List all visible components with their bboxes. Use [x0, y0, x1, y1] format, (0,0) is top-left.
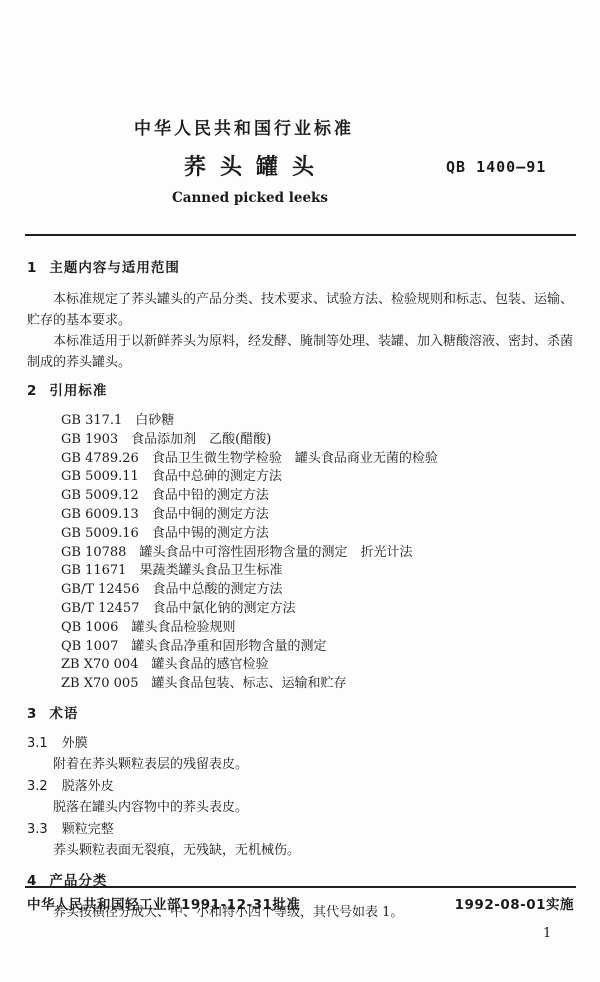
- section-number: 3: [27, 706, 36, 722]
- section-heading-classification: 4产品分类: [27, 871, 577, 892]
- reference-code: GB 1903: [61, 431, 118, 450]
- section-number: 1: [27, 260, 36, 276]
- reference-item: GB 5009.11食品中总砷的测定方法: [61, 468, 577, 487]
- implementation-note: 1992-08-01实施: [455, 893, 574, 913]
- reference-title: 果蔬类罐头食品卫生标准: [139, 563, 282, 578]
- reference-code: GB 5009.16: [61, 525, 139, 544]
- reference-title: 罐头食品检验规则: [131, 620, 235, 635]
- header-rule: [25, 234, 576, 236]
- reference-title: 食品中总酸的测定方法: [152, 582, 282, 597]
- reference-code: QB 1006: [61, 619, 118, 638]
- page-number: 1: [543, 926, 551, 941]
- reference-title: 食品中锡的测定方法: [152, 526, 269, 541]
- reference-item: GB 5009.12食品中铅的测定方法: [61, 487, 577, 506]
- reference-item: GB/T 12457食品中氯化钠的测定方法: [61, 600, 577, 619]
- reference-item: GB 317.1白砂糖: [61, 412, 577, 431]
- term-line: 3.3颗粒完整: [27, 819, 577, 841]
- document-body: 1主题内容与适用范围 本标准规定了荞头罐头的产品分类、技术要求、试验方法、检验规…: [27, 246, 577, 923]
- reference-item: GB 6009.13食品中铜的测定方法: [61, 506, 577, 525]
- footer-rule: [25, 886, 576, 888]
- section-heading-text: 引用标准: [49, 383, 107, 399]
- reference-item: GB 4789.26食品卫生微生物学检验 罐头食品商业无菌的检验: [61, 450, 577, 469]
- term-line: 3.1外膜: [27, 733, 577, 755]
- reference-item: GB 5009.16食品中锡的测定方法: [61, 525, 577, 544]
- term-item: 3.2脱落外皮 脱落在罐头内容物中的荞头表皮。: [27, 776, 577, 819]
- reference-code: GB 5009.11: [61, 468, 139, 487]
- footer: 中华人民共和国轻工业部1991-12-31批准 1992-08-01实施: [27, 893, 574, 913]
- reference-item: GB 11671果蔬类罐头食品卫生标准: [61, 562, 577, 581]
- reference-code: GB/T 12457: [61, 600, 139, 619]
- approval-note: 中华人民共和国轻工业部1991-12-31批准: [27, 893, 300, 913]
- reference-title: 食品中氯化钠的测定方法: [152, 601, 295, 616]
- reference-code: QB 1007: [61, 638, 118, 657]
- reference-item: QB 1007罐头食品净重和固形物含量的测定: [61, 638, 577, 657]
- section-heading-references: 2引用标准: [27, 381, 577, 402]
- reference-code: GB 11671: [61, 562, 126, 581]
- term-item: 3.1外膜 附着在荞头颗粒表层的残留表皮。: [27, 733, 577, 776]
- term-definition: 荞头颗粒表面无裂痕，无残缺，无机械伤。: [27, 840, 577, 862]
- term-number: 3.1: [27, 736, 48, 751]
- reference-code: GB 10788: [61, 544, 126, 563]
- reference-item: GB 10788罐头食品中可溶性固形物含量的测定 折光计法: [61, 544, 577, 563]
- term-line: 3.2脱落外皮: [27, 776, 577, 798]
- term-name: 外膜: [62, 736, 88, 751]
- terms-list: 3.1外膜 附着在荞头颗粒表层的残留表皮。 3.2脱落外皮 脱落在罐头内容物中的…: [27, 733, 577, 862]
- section-heading-text: 主题内容与适用范围: [49, 260, 180, 276]
- term-number: 3.3: [27, 822, 48, 837]
- section-heading-scope: 1主题内容与适用范围: [27, 258, 577, 279]
- reference-item: GB/T 12456食品中总酸的测定方法: [61, 581, 577, 600]
- section-scope-paragraphs: 本标准规定了荞头罐头的产品分类、技术要求、试验方法、检验规则和标志、包装、运输、…: [27, 289, 577, 373]
- reference-item: QB 1006罐头食品检验规则: [61, 619, 577, 638]
- reference-title: 食品添加剂 乙酸(醋酸): [131, 432, 271, 447]
- term-number: 3.2: [27, 779, 48, 794]
- reference-title: 白砂糖: [135, 413, 174, 428]
- reference-title: 罐头食品包装、标志、运输和贮存: [151, 676, 346, 691]
- reference-item: GB 1903食品添加剂 乙酸(醋酸): [61, 431, 577, 450]
- reference-title: 食品中铅的测定方法: [152, 488, 269, 503]
- document-title-en: Canned picked leeks: [172, 190, 328, 206]
- reference-title: 食品中铜的测定方法: [152, 507, 269, 522]
- reference-item: ZB X70 004罐头食品的感官检验: [61, 656, 577, 675]
- reference-title: 食品中总砷的测定方法: [152, 469, 282, 484]
- term-item: 3.3颗粒完整 荞头颗粒表面无裂痕，无残缺，无机械伤。: [27, 819, 577, 862]
- term-definition: 附着在荞头颗粒表层的残留表皮。: [27, 754, 577, 776]
- reference-code: GB 5009.12: [61, 487, 139, 506]
- standard-code: QB 1400—91: [446, 158, 546, 176]
- reference-title: 罐头食品净重和固形物含量的测定: [131, 639, 326, 654]
- reference-title: 食品卫生微生物学检验 罐头食品商业无菌的检验: [152, 451, 438, 466]
- reference-item: ZB X70 005罐头食品包装、标志、运输和贮存: [61, 675, 577, 694]
- term-name: 颗粒完整: [62, 822, 114, 837]
- section-number: 2: [27, 383, 36, 399]
- reference-list: GB 317.1白砂糖 GB 1903食品添加剂 乙酸(醋酸) GB 4789.…: [61, 412, 577, 694]
- section-heading-terms: 3术语: [27, 704, 577, 725]
- standard-type-label: 中华人民共和国行业标准: [134, 114, 354, 139]
- term-name: 脱落外皮: [62, 779, 114, 794]
- reference-title: 罐头食品中可溶性固形物含量的测定 折光计法: [139, 545, 412, 560]
- reference-title: 罐头食品的感官检验: [151, 657, 268, 672]
- reference-code: ZB X70 004: [61, 656, 138, 675]
- document-title-cn: 荞头罐头: [184, 150, 328, 181]
- paragraph: 本标准规定了荞头罐头的产品分类、技术要求、试验方法、检验规则和标志、包装、运输、…: [27, 289, 577, 331]
- term-definition: 脱落在罐头内容物中的荞头表皮。: [27, 797, 577, 819]
- reference-code: ZB X70 005: [61, 675, 138, 694]
- reference-code: GB/T 12456: [61, 581, 139, 600]
- reference-code: GB 6009.13: [61, 506, 139, 525]
- paragraph: 本标准适用于以新鲜荞头为原料，经发酵、腌制等处理、装罐、加入糖酸溶液、密封、杀菌…: [27, 331, 577, 373]
- reference-code: GB 4789.26: [61, 450, 139, 469]
- section-heading-text: 术语: [49, 706, 78, 722]
- document-page: 中华人民共和国行业标准 荞头罐头 QB 1400—91 Canned picke…: [0, 0, 600, 982]
- reference-code: GB 317.1: [61, 412, 122, 431]
